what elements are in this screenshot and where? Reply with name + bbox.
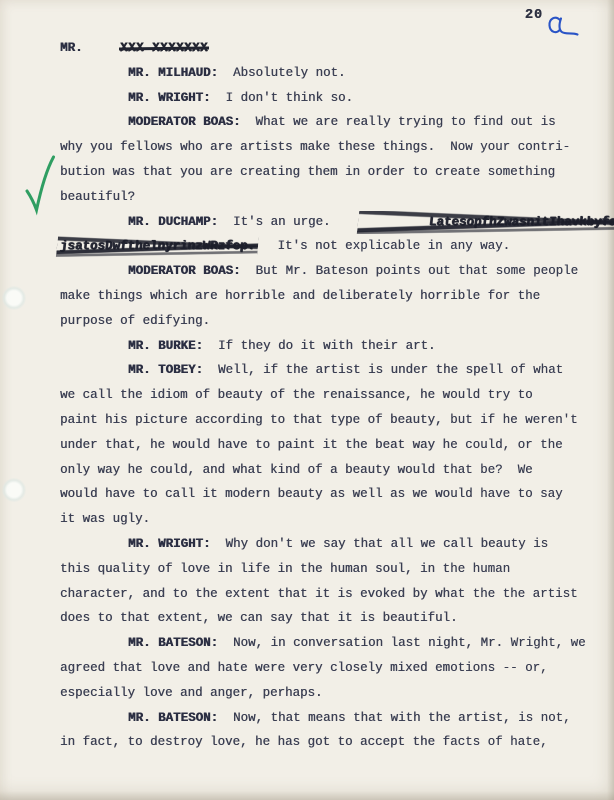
text-segment: especially love and anger, perhaps. <box>60 686 323 700</box>
document-line: MR. WRIGHT: Why don't we say that all we… <box>60 532 602 557</box>
document-line: paint his picture according to that type… <box>60 408 602 433</box>
green-checkmark-icon <box>22 152 60 223</box>
document-line: this quality of love in life in the huma… <box>60 557 602 582</box>
document-line: make things which are horrible and delib… <box>60 284 602 309</box>
text-segment: under that, he would have to paint it th… <box>60 438 563 452</box>
text-segment: bution was that you are creating them in… <box>60 165 555 179</box>
document-line: it was ugly. <box>60 507 602 532</box>
document-line: character, and to the extent that it is … <box>60 582 602 607</box>
speaker-name: MR. TOBEY: <box>128 363 203 377</box>
text-segment: beautiful? <box>60 190 135 204</box>
text-segment: It's an urge. <box>218 215 361 229</box>
document-line: jsatosDwfthelnyrinzWRzfep. It's not expl… <box>60 234 602 259</box>
text-segment: Well, if the artist is under the spell o… <box>203 363 563 377</box>
struck-out-text: XXX XXXXXXX <box>120 41 208 55</box>
document-line: agreed that love and hate were very clos… <box>60 656 602 681</box>
text-segment <box>83 41 121 55</box>
text-segment: Why don't we say that all we call beauty… <box>211 537 549 551</box>
document-line: bution was that you are creating them in… <box>60 160 602 185</box>
typewritten-transcript-page: 20 a MR. XXX XXXXXXXMR. MILHAUD: Absolut… <box>0 0 614 800</box>
document-body: MR. XXX XXXXXXXMR. MILHAUD: Absolutely n… <box>60 36 602 755</box>
document-line: especially love and anger, perhaps. <box>60 681 602 706</box>
text-segment: It's not explicable in any way. <box>255 239 510 253</box>
speaker-name: MR. MILHAUD: <box>128 66 218 80</box>
text-segment: Absolutely not. <box>218 66 346 80</box>
text-segment: I don't think so. <box>211 91 354 105</box>
document-line: MR. WRIGHT: I don't think so. <box>60 86 602 111</box>
text-segment: Now, in conversation last night, Mr. Wri… <box>218 636 586 650</box>
document-line: MR. DUCHAMP: It's an urge. LatesopfhZwas… <box>60 210 602 235</box>
document-line: we call the idiom of beauty of the renai… <box>60 383 602 408</box>
document-line: would have to call it modern beauty as w… <box>60 482 602 507</box>
scribbled-out-text: LatesopfhZwasnitIhavkbyfantsty <box>359 210 614 235</box>
document-line: under that, he would have to paint it th… <box>60 433 602 458</box>
document-line: does to that extent, we can say that it … <box>60 606 602 631</box>
document-line: only way he could, and what kind of a be… <box>60 458 602 483</box>
speaker-name: MR. BATESON: <box>128 711 218 725</box>
speaker-name: MR. BATESON: <box>128 636 218 650</box>
text-segment: character, and to the extent that it is … <box>60 587 578 601</box>
handwritten-letter-a <box>546 12 580 38</box>
text-segment: does to that extent, we can say that it … <box>60 611 458 625</box>
document-line: MR. BATESON: Now, that means that with t… <box>60 706 602 731</box>
speaker-name: MODERATOR BOAS: <box>128 264 241 278</box>
speaker-name: MR. BURKE: <box>128 339 203 353</box>
document-line: MR. TOBEY: Well, if the artist is under … <box>60 358 602 383</box>
document-line: beautiful? <box>60 185 602 210</box>
text-segment: in fact, to destroy love, he has got to … <box>60 735 548 749</box>
speaker-name: MODERATOR BOAS: <box>128 115 241 129</box>
text-segment: we call the idiom of beauty of the renai… <box>60 388 533 402</box>
document-line: MR. BATESON: Now, in conversation last n… <box>60 631 602 656</box>
text-segment: it was ugly. <box>60 512 150 526</box>
speaker-name: MR. <box>60 41 83 55</box>
text-segment: purpose of edifying. <box>60 314 210 328</box>
speaker-name: MR. DUCHAMP: <box>128 215 218 229</box>
scribbled-out-text: jsatosDwfthelnyrinzWRzfep. <box>59 234 257 259</box>
text-segment: why you fellows who are artists make the… <box>60 140 570 154</box>
text-segment: If they do it with their art. <box>203 339 436 353</box>
punch-hole <box>2 286 26 310</box>
text-segment: What we are really trying to find out is <box>241 115 556 129</box>
document-line: MODERATOR BOAS: What we are really tryin… <box>60 110 602 135</box>
text-segment: would have to call it modern beauty as w… <box>60 487 563 501</box>
text-segment: make things which are horrible and delib… <box>60 289 540 303</box>
text-segment: only way he could, and what kind of a be… <box>60 463 533 477</box>
speaker-name: MR. WRIGHT: <box>128 91 211 105</box>
document-line: MODERATOR BOAS: But Mr. Bateson points o… <box>60 259 602 284</box>
text-segment: Now, that means that with the artist, is… <box>218 711 571 725</box>
document-line: MR. BURKE: If they do it with their art. <box>60 334 602 359</box>
text-segment: paint his picture according to that type… <box>60 413 578 427</box>
document-line: MR. XXX XXXXXXX <box>60 36 602 61</box>
punch-hole <box>2 478 26 502</box>
text-segment: agreed that love and hate were very clos… <box>60 661 548 675</box>
document-line: MR. MILHAUD: Absolutely not. <box>60 61 602 86</box>
page-number: 20 <box>525 8 543 23</box>
document-line: in fact, to destroy love, he has got to … <box>60 730 602 755</box>
document-line: purpose of edifying. <box>60 309 602 334</box>
text-segment: But Mr. Bateson points out that some peo… <box>241 264 579 278</box>
document-line: why you fellows who are artists make the… <box>60 135 602 160</box>
speaker-name: MR. WRIGHT: <box>128 537 211 551</box>
page-number-area: 20 a <box>525 8 580 38</box>
text-segment: this quality of love in life in the huma… <box>60 562 510 576</box>
